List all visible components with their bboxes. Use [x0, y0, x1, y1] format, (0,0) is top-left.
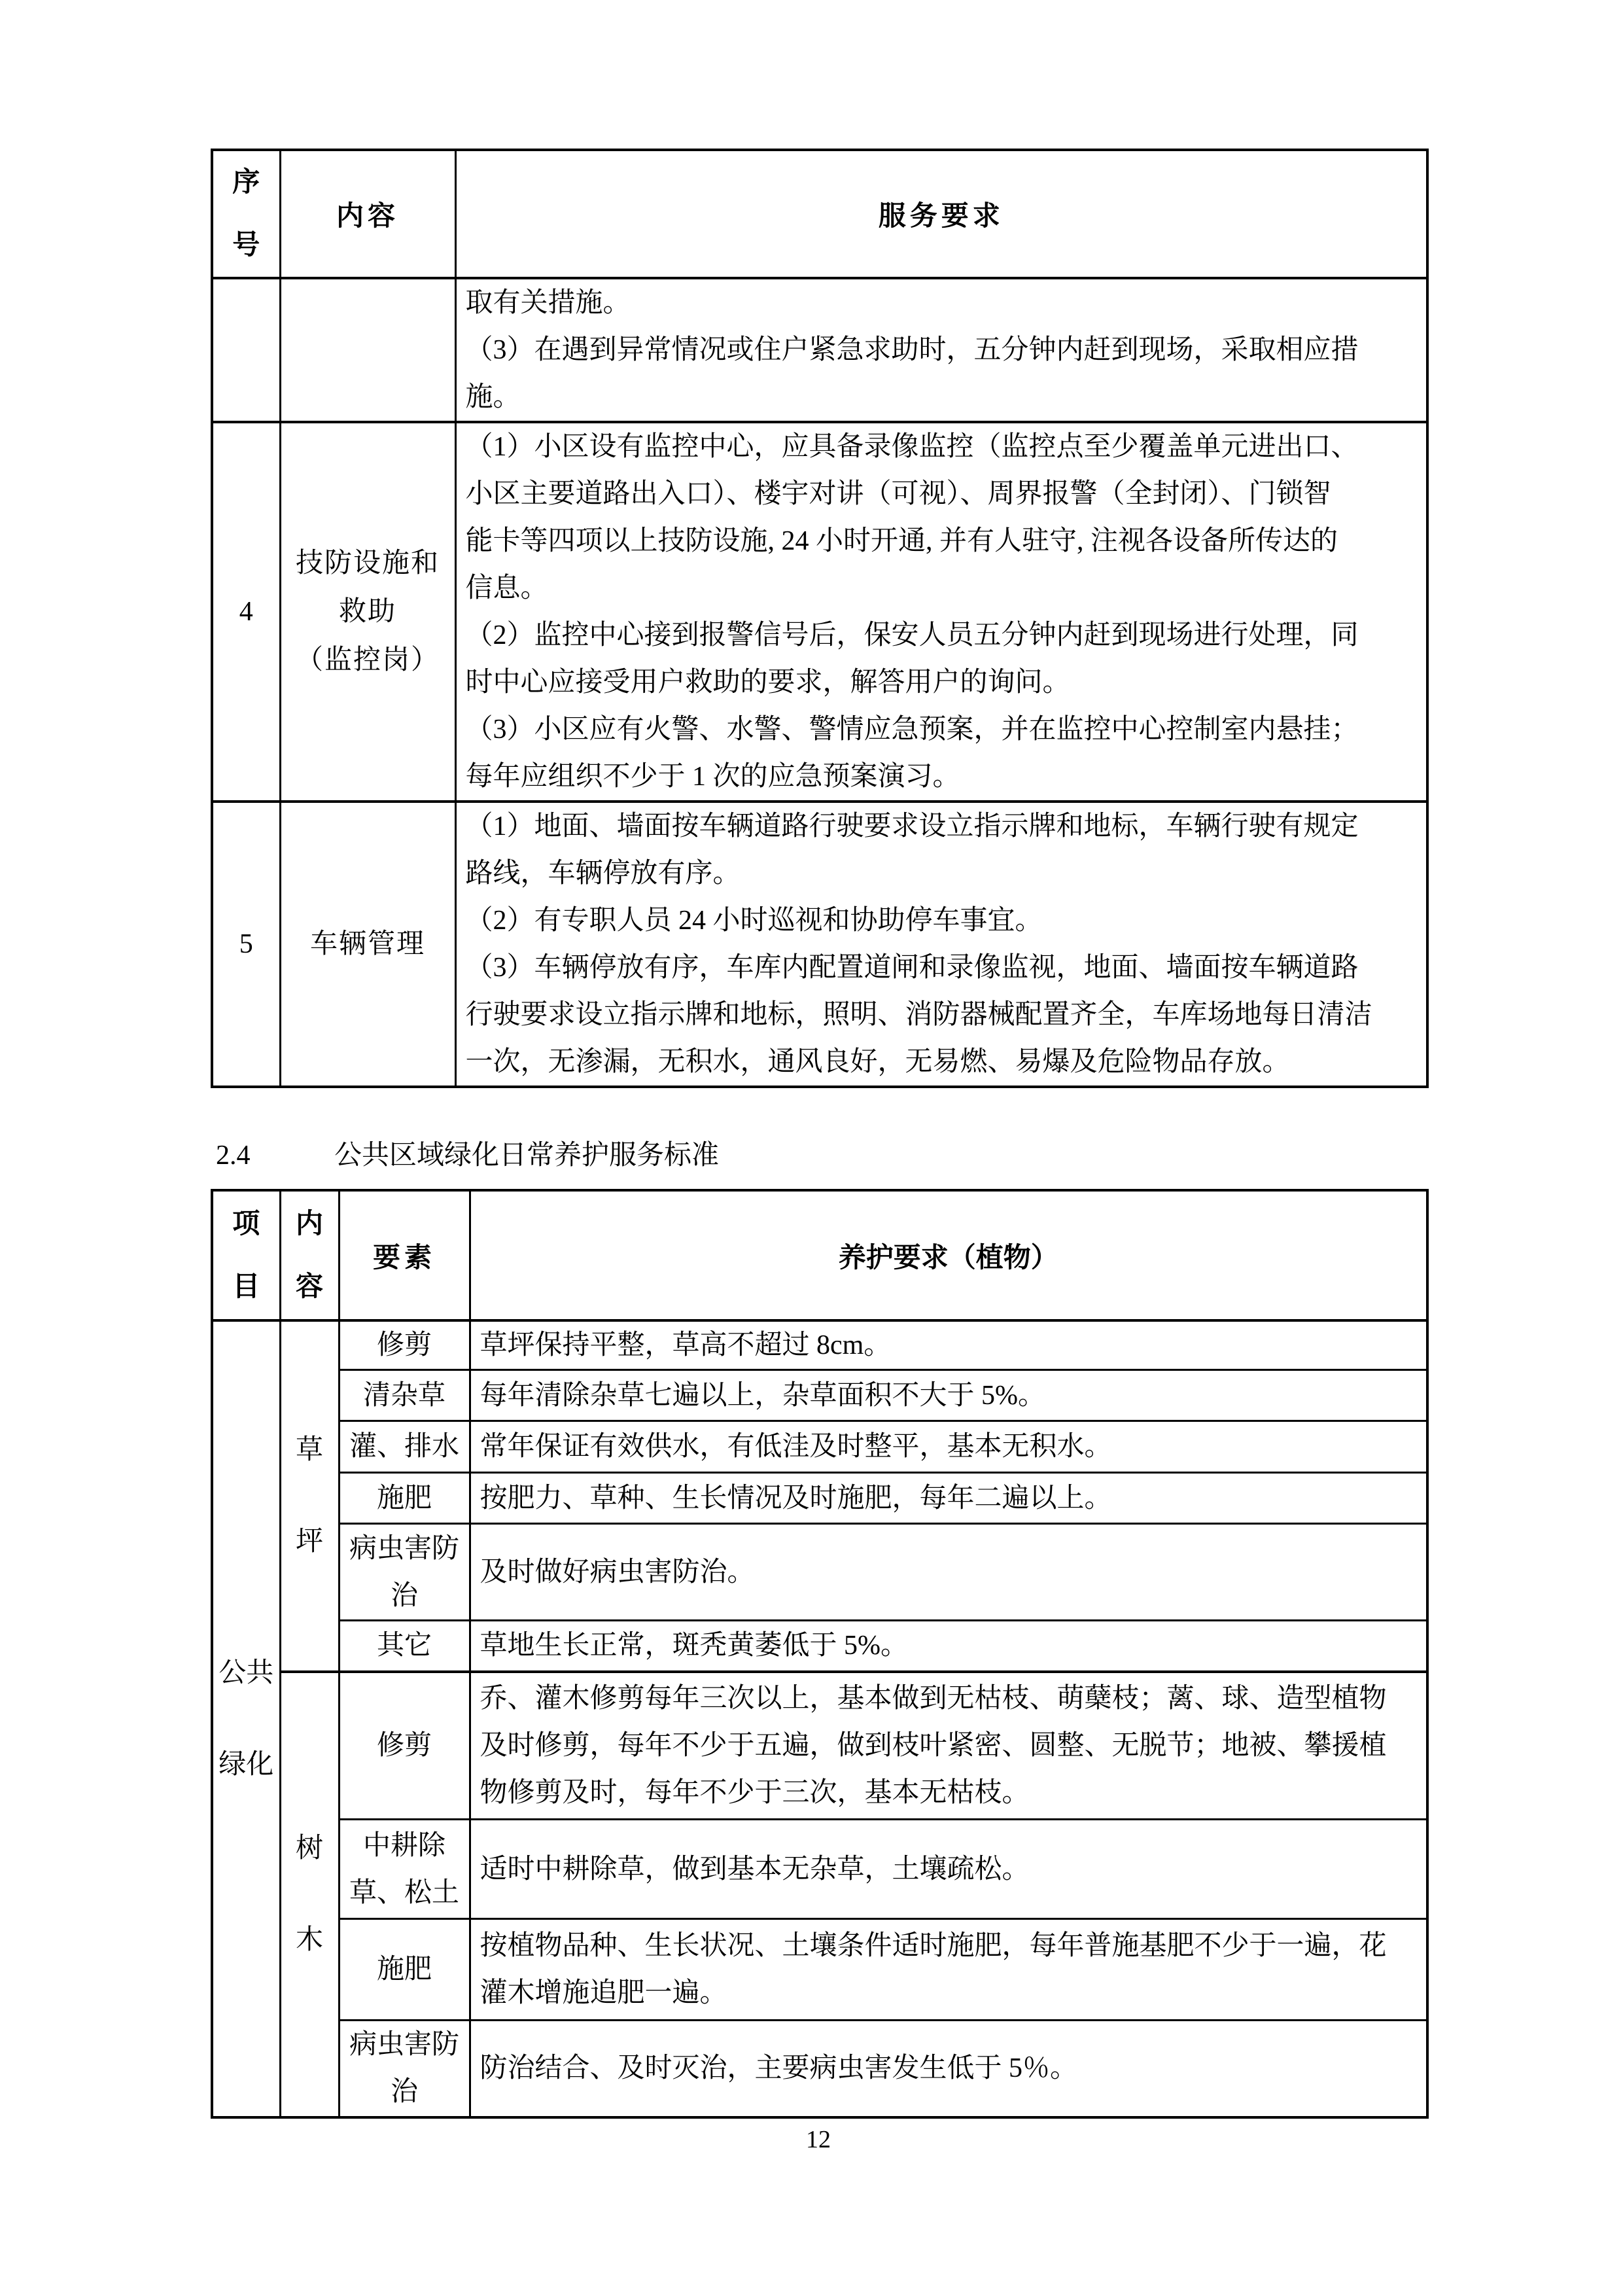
- requirement-cell: 适时中耕除草，做到基本无杂草，土壤疏松。: [470, 1820, 1427, 1919]
- table-row: 5 车辆管理 （1）地面、墙面按车辆道路行驶要求设立指示牌和地标，车辆行驶有规定…: [212, 802, 1427, 1087]
- section-heading: 2.4公共区域绿化日常养护服务标准: [216, 1133, 719, 1173]
- element-cell: 其它: [339, 1621, 470, 1672]
- group-line: 草: [281, 1404, 338, 1496]
- table-row: 灌、排水 常年保证有效供水，有低洼及时整平，基本无积水。: [212, 1421, 1427, 1473]
- table-row: 中耕除 草、松土 适时中耕除草，做到基本无杂草，土壤疏松。: [212, 1820, 1427, 1919]
- group-line: 树: [281, 1803, 338, 1894]
- requirement-cell: 草坪保持平整，草高不超过 8cm。: [470, 1320, 1427, 1370]
- content-line: 车辆管理: [281, 920, 455, 968]
- element-cell: 修剪: [339, 1320, 470, 1370]
- group-cell-lawn: 草 坪: [280, 1320, 339, 1672]
- header-project: 项 目: [212, 1190, 280, 1320]
- header-content: 内 容: [280, 1190, 339, 1320]
- empty-content-cell: [280, 278, 455, 422]
- page-number: 12: [211, 2125, 1426, 2154]
- element-line: 治: [340, 2068, 469, 2115]
- requirement-cell: 常年保证有效供水，有低洼及时整平，基本无积水。: [470, 1421, 1427, 1473]
- element-line: 中耕除: [340, 1822, 469, 1869]
- requirement-line: 乔、灌木修剪每年三次以上，基本做到无枯枝、萌蘖枝；蓠、球、造型植物: [480, 1675, 1422, 1722]
- requirement-line: （2）监控中心接到报警信号后，保安人员五分钟内赶到现场进行处理，同: [466, 612, 1422, 659]
- requirement-cell: 取有关措施。 （3）在遇到异常情况或住户紧急求助时，五分钟内赶到现场，采取相应措…: [455, 278, 1427, 422]
- table-row: 4 技防设施和 救助 （监控岗） （1）小区设有监控中心，应具备录像监控（监控点…: [212, 422, 1427, 802]
- requirement-line: 及时修剪，每年不少于五遍，做到枝叶紧密、圆整、无脱节；地被、攀援植: [480, 1722, 1422, 1769]
- greening-maintenance-table: 项 目 内 容 要素 养护要求（植物） 公共 绿化 草 坪 修剪: [211, 1189, 1429, 2119]
- seq-no-cell: [212, 278, 280, 422]
- content-cell: 技防设施和 救助 （监控岗）: [280, 422, 455, 802]
- element-line: 施肥: [340, 1946, 469, 1993]
- requirement-line: 物修剪及时，每年不少于三次，基本无枯枝。: [480, 1769, 1422, 1816]
- requirement-line: 信息。: [466, 565, 1422, 612]
- element-line: 清杂草: [340, 1372, 469, 1419]
- header-line: 序: [213, 151, 279, 214]
- element-line: 施肥: [340, 1475, 469, 1522]
- header-line: 号: [213, 214, 279, 277]
- requirement-cell: 按肥力、草种、生长情况及时施肥，每年二遍以上。: [470, 1473, 1427, 1524]
- content-line: 技防设施和: [281, 539, 455, 588]
- requirement-line: （2）有专职人员 24 小时巡视和协助停车事宜。: [466, 897, 1422, 944]
- requirement-line: （3）车辆停放有序，车库内配置道闸和录像监视，地面、墙面按车辆道路: [466, 944, 1422, 991]
- element-line: 修剪: [340, 1322, 469, 1369]
- project-cell: 公共 绿化: [212, 1320, 280, 2117]
- content-cell: 车辆管理: [280, 802, 455, 1087]
- table-row: 病虫害防 治 及时做好病虫害防治。: [212, 1524, 1427, 1621]
- requirement-line: （1）地面、墙面按车辆道路行驶要求设立指示牌和地标，车辆行驶有规定: [466, 803, 1422, 850]
- element-cell: 病虫害防 治: [339, 1524, 470, 1621]
- requirement-line: 按肥力、草种、生长情况及时施肥，每年二遍以上。: [480, 1475, 1422, 1522]
- header-maintenance-requirement: 养护要求（植物）: [470, 1190, 1427, 1320]
- element-cell: 施肥: [339, 1473, 470, 1524]
- table-row: 其它 草地生长正常，斑秃黄萎低于 5%。: [212, 1621, 1427, 1672]
- header-line: 容: [281, 1256, 338, 1318]
- requirement-line: 适时中耕除草，做到基本无杂草，土壤疏松。: [480, 1846, 1422, 1893]
- requirement-line: 及时做好病虫害防治。: [480, 1549, 1422, 1596]
- requirement-line: 取有关措施。: [466, 279, 1422, 327]
- requirement-line: 防治结合、及时灭治，主要病虫害发生低于 5％。: [480, 2045, 1422, 2092]
- seq-no-cell: 4: [212, 422, 280, 802]
- header-line: 项: [213, 1193, 279, 1256]
- element-line: 草、松土: [340, 1869, 469, 1916]
- requirement-line: 灌木增施追肥一遍。: [480, 1969, 1422, 2017]
- header-line: 内: [281, 1193, 338, 1256]
- element-line: 病虫害防: [340, 1525, 469, 1572]
- group-line: 木: [281, 1894, 338, 1986]
- table-row: 清杂草 每年清除杂草七遍以上，杂草面积不大于 5%。: [212, 1370, 1427, 1421]
- requirement-line: 常年保证有效供水，有低洼及时整平，基本无积水。: [480, 1423, 1422, 1470]
- requirement-cell: 防治结合、及时灭治，主要病虫害发生低于 5％。: [470, 2021, 1427, 2117]
- requirement-line: 按植物品种、生长状况、土壤条件适时施肥，每年普施基肥不少于一遍，花: [480, 1922, 1422, 1969]
- header-content: 内容: [280, 150, 455, 278]
- document-page: 序 号 内容 服务要求 取有关措施。 （3）在遇到异常情况或住户紧急求助时，五分…: [0, 0, 1623, 2296]
- project-line: 绿化: [213, 1719, 279, 1810]
- element-line: 其它: [340, 1622, 469, 1669]
- service-requirements-table: 序 号 内容 服务要求 取有关措施。 （3）在遇到异常情况或住户紧急求助时，五分…: [211, 149, 1429, 1088]
- requirement-cell: （1）地面、墙面按车辆道路行驶要求设立指示牌和地标，车辆行驶有规定 路线，车辆停…: [455, 802, 1427, 1087]
- table-row: 施肥 按肥力、草种、生长情况及时施肥，每年二遍以上。: [212, 1473, 1427, 1524]
- requirement-cell: （1）小区设有监控中心，应具备录像监控（监控点至少覆盖单元进出口、 小区主要道路…: [455, 422, 1427, 802]
- element-cell: 中耕除 草、松土: [339, 1820, 470, 1919]
- requirement-cell: 按植物品种、生长状况、土壤条件适时施肥，每年普施基肥不少于一遍，花 灌木增施追肥…: [470, 1919, 1427, 2021]
- element-line: 灌、排水: [340, 1423, 469, 1470]
- table-row: 树 木 修剪 乔、灌木修剪每年三次以上，基本做到无枯枝、萌蘖枝；蓠、球、造型植物…: [212, 1672, 1427, 1820]
- requirement-line: 草坪保持平整，草高不超过 8cm。: [480, 1322, 1422, 1369]
- table-row: 公共 绿化 草 坪 修剪 草坪保持平整，草高不超过 8cm。: [212, 1320, 1427, 1370]
- element-cell: 施肥: [339, 1919, 470, 2021]
- table-row: 施肥 按植物品种、生长状况、土壤条件适时施肥，每年普施基肥不少于一遍，花 灌木增…: [212, 1919, 1427, 2021]
- section-title: 公共区域绿化日常养护服务标准: [334, 1140, 719, 1171]
- requirement-line: 施。: [466, 374, 1422, 421]
- requirement-cell: 及时做好病虫害防治。: [470, 1524, 1427, 1621]
- element-cell: 灌、排水: [339, 1421, 470, 1473]
- requirement-line: （3）小区应有火警、水警、警情应急预案，并在监控中心控制室内悬挂；: [466, 706, 1422, 753]
- header-service-requirement: 服务要求: [455, 150, 1427, 278]
- table-row: 病虫害防 治 防治结合、及时灭治，主要病虫害发生低于 5％。: [212, 2021, 1427, 2117]
- requirement-line: 能卡等四项以上技防设施, 24 小时开通, 并有人驻守, 注视各设备所传达的: [466, 518, 1422, 565]
- requirement-line: 一次，无渗漏，无积水，通风良好，无易燃、易爆及危险物品存放。: [466, 1038, 1422, 1086]
- requirement-cell: 乔、灌木修剪每年三次以上，基本做到无枯枝、萌蘖枝；蓠、球、造型植物 及时修剪，每…: [470, 1672, 1427, 1820]
- element-line: 修剪: [340, 1722, 469, 1769]
- requirement-line: 路线，车辆停放有序。: [466, 850, 1422, 897]
- group-cell-trees: 树 木: [280, 1672, 339, 2117]
- table-header-row: 序 号 内容 服务要求: [212, 150, 1427, 278]
- requirement-line: 行驶要求设立指示牌和地标，照明、消防器械配置齐全，车库场地每日清洁: [466, 991, 1422, 1038]
- element-line: 治: [340, 1572, 469, 1619]
- group-line: 坪: [281, 1496, 338, 1587]
- requirement-cell: 草地生长正常，斑秃黄萎低于 5%。: [470, 1621, 1427, 1672]
- requirement-cell: 每年清除杂草七遍以上，杂草面积不大于 5%。: [470, 1370, 1427, 1421]
- requirement-line: 时中心应接受用户救助的要求，解答用户的询问。: [466, 659, 1422, 706]
- requirement-line: 小区主要道路出入口）、楼宇对讲（可视）、周界报警（全封闭）、门锁智: [466, 470, 1422, 518]
- table-header-row: 项 目 内 容 要素 养护要求（植物）: [212, 1190, 1427, 1320]
- header-seq-no: 序 号: [212, 150, 280, 278]
- project-line: 公共: [213, 1627, 279, 1719]
- requirement-line: 每年应组织不少于 1 次的应急预案演习。: [466, 753, 1422, 800]
- header-line: 目: [213, 1256, 279, 1318]
- requirement-line: （1）小区设有监控中心，应具备录像监控（监控点至少覆盖单元进出口、: [466, 423, 1422, 470]
- element-cell: 清杂草: [339, 1370, 470, 1421]
- section-number: 2.4: [216, 1140, 334, 1171]
- requirement-line: 每年清除杂草七遍以上，杂草面积不大于 5%。: [480, 1372, 1422, 1419]
- content-line: （监控岗）: [281, 636, 455, 684]
- requirement-line: 草地生长正常，斑秃黄萎低于 5%。: [480, 1622, 1422, 1669]
- table-row: 取有关措施。 （3）在遇到异常情况或住户紧急求助时，五分钟内赶到现场，采取相应措…: [212, 278, 1427, 422]
- content-line: 救助: [281, 588, 455, 636]
- element-line: 病虫害防: [340, 2021, 469, 2068]
- element-cell: 修剪: [339, 1672, 470, 1820]
- seq-no-cell: 5: [212, 802, 280, 1087]
- header-element: 要素: [339, 1190, 470, 1320]
- element-cell: 病虫害防 治: [339, 2021, 470, 2117]
- requirement-line: （3）在遇到异常情况或住户紧急求助时，五分钟内赶到现场，采取相应措: [466, 327, 1422, 374]
